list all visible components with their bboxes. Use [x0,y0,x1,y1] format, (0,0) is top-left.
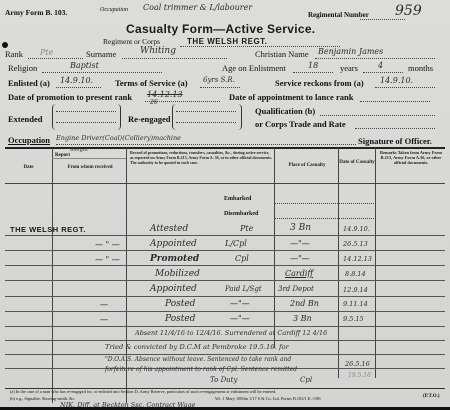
date-cell: 26.5.13 [343,240,368,248]
date-cell: 14.9.10. [343,225,370,233]
service-reckons-line [375,87,435,88]
row-line-5 [5,296,445,297]
enlisted-value: 14.9.10. [60,76,93,85]
footnote-a: (a) In the case of a man who has re-enga… [10,389,276,394]
regimental-number: 959 [395,3,422,19]
note-tried: Tried & convicted by D.C.M at Pembroke 1… [105,343,289,351]
col-divider-from [126,148,127,403]
record-cell: Posted [165,314,195,324]
header-date: Date [5,165,52,171]
header-date-casualty: Date of Casualty [339,160,375,166]
rank-cell: —"— [230,314,250,323]
disembarked-line [274,218,374,219]
regimental-number-label: Regimental Number [308,11,369,19]
age-label: Age on Enlistment [222,63,286,73]
record-cell: Mobilized [155,269,200,279]
age-years-value: 18 [308,61,318,70]
punch-hole [2,42,8,48]
rank-cell: L/Cpl [225,239,247,248]
table-header-rule [5,183,445,184]
service-reckons-value: 14.9.10. [380,76,413,85]
row-line-1 [5,235,445,236]
reengaged-label: Re-engaged [128,114,171,124]
date-cell: 14.12.13 [343,255,372,263]
signature-label: Signature of Officer. [358,136,432,146]
row-line-3 [5,265,445,266]
record-cell: Appointed [150,239,197,249]
regiment-line [180,46,340,47]
promotion-value: 14.12.13 [147,90,183,99]
date-cell: 12.9.14 [343,286,368,294]
place-cell: 3rd Depot [278,285,314,293]
ditto-mark: — [100,300,108,309]
christian-name-label: Christian Name [255,49,309,59]
form-title: Casualty Form—Active Service. [126,22,315,36]
qualification-line [320,115,435,116]
trade-line [355,128,435,129]
terms-line [200,87,240,88]
report-underline [52,158,126,159]
date-cell: 8.8.14 [345,270,366,278]
extended-label: Extended [8,114,42,124]
reengaged-line-2 [176,122,236,123]
place-cell: 2nd Bn [290,299,319,308]
service-reckons-label: Service reckons from (a) [275,78,364,88]
terms-value: 6yrs S.R. [203,76,235,84]
christian-name-line [315,58,435,59]
record-cell: Appointed [150,284,197,294]
header-remarks: Remarks Taken from Army Form B.213, Army… [377,150,445,165]
surname-line [122,58,227,59]
embarked-line [274,203,374,204]
note-date-faint: 19.5.16 [348,372,371,379]
rank-cell: —"— [230,299,250,308]
note-to-duty-rank: Cpl [300,376,312,384]
terms-label: Terms of Service (a) [115,78,188,88]
christian-name-value: Benjamin James [318,47,383,56]
rank-value: Pte [40,48,53,57]
ditto-mark: — " — [95,240,120,249]
form-number: Army Form B. 103. [5,8,67,17]
place-cell: —"— [290,239,310,248]
note-absent: Absent 11/4/16 to 12/4/16. Surrendered a… [135,329,327,337]
trade-label: or Corps Trade and Rate [255,119,346,129]
promotion-value-correction: 26 [150,99,158,106]
ditto-mark: — " — [95,255,120,264]
casualty-form-page: Army Form B. 103. Occupation Coal trimme… [0,0,450,410]
place-cell: Cardiff [285,269,313,278]
surname-value: Whiting [140,46,176,56]
lance-rank-line [360,101,430,102]
age-years-line [293,72,333,73]
disembarked-label: Disembarked [224,211,258,217]
place-cell: 3 Bn [293,314,312,323]
extended-line-2 [56,122,116,123]
age-months-line [363,72,403,73]
note-to-duty: To Duty [210,376,237,384]
date-cell: 9.5.15 [343,315,364,323]
years-label: years [340,63,358,73]
age-months-value: 4 [378,61,383,70]
row-line-7 [5,326,445,327]
note-date: 26.5.16 [345,360,370,368]
occupation-line [56,144,356,145]
note-forfeiture: forfeiture of his appointment to rank of… [105,366,297,373]
header-from-whom: From whom received [54,165,126,171]
place-cell: 3 Bn [290,223,311,233]
enlisted-line [56,87,101,88]
record-cell: Promoted [150,254,199,264]
religion-label: Religion [8,63,37,73]
col-divider-record [274,148,275,348]
occupation-value: Engine Driver(Coal)(Colliery)machine [56,134,181,142]
enlisted-label: Enlisted (a) [8,78,50,88]
extended-bracket [52,104,121,130]
rank-cell: Paid L/Sgt [225,285,262,293]
note-sentence: "D.O.A.S. Absence without leave. Sentenc… [105,356,291,363]
row-line-2 [5,250,445,251]
date-cell: 9.11.14 [343,300,368,308]
qualification-label: Qualification (b) [255,106,315,116]
reengaged-bracket [172,104,242,130]
row-line-6 [5,311,445,312]
row-line-9 [5,354,445,355]
lance-rank-label: Date of appointment to lance rank [229,92,353,102]
religion-value: Baptist [70,61,99,70]
religion-line [42,72,162,73]
ditto-mark: — [100,315,108,324]
place-cell: —"— [290,254,310,263]
reengaged-line-1 [176,111,236,112]
rank-line [28,58,83,59]
rank-cell: Cpl [235,254,249,263]
header-place: Place of Casualty [276,163,338,169]
regiment-label: Regiment or Corps [103,37,160,46]
surname-label: Surname [86,49,116,59]
rank-cell: Pte [240,224,253,233]
occupation-label: Occupation [8,135,50,145]
col-divider-date [52,148,53,403]
row-line-4 [5,280,445,281]
regiment-stamp: THE WELSH REGT. [187,37,267,46]
col-divider-place [338,148,339,378]
occupation-top-value: Coal trimmer & L/labourer [143,3,252,12]
rank-label: Rank [5,49,23,59]
col-divider-date-casualty [375,148,376,378]
record-cell: Attested [150,224,188,234]
months-label: months [408,63,433,73]
record-cell: Posted [165,299,195,309]
header-report-note: Sleight [70,147,88,153]
occupation-top-label: Occupation [100,7,128,13]
extended-line-1 [56,111,116,112]
header-record: Record of promotions, reductions, transf… [130,151,272,165]
embarked-label: Embarked [224,196,251,202]
promotion-label: Date of promotion to present rank [8,92,132,102]
printer-line: Wt. 1 Mary 1000m 1/17 S & Co. Ltd. Forms… [215,396,321,401]
from-whom-stamp: THE WELSH REGT. [10,225,86,234]
row-line-8 [5,340,445,341]
pto-label: (P.T.O.) [423,394,440,399]
regimental-number-line [360,19,405,20]
